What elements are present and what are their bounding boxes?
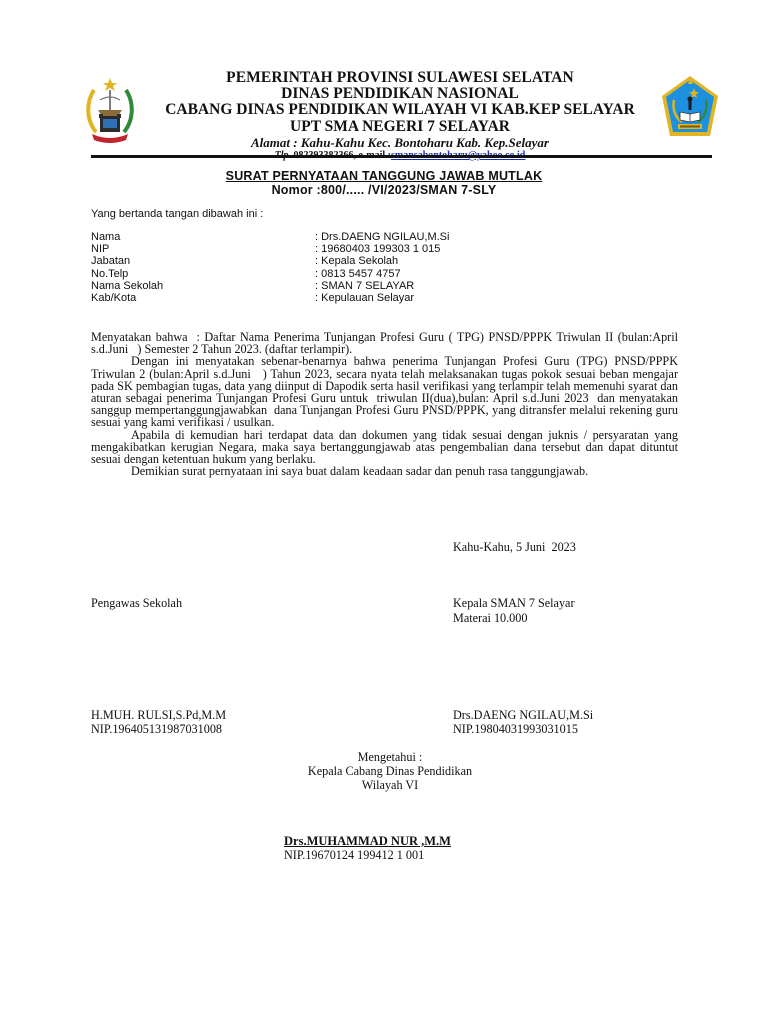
field-value: : Kepulauan Selayar [315,292,414,304]
field-row-school: Nama Sekolah : SMAN 7 SELAYAR [91,280,449,292]
acknowledgement-label: Mengetahui : [240,750,540,764]
field-value: : SMAN 7 SELAYAR [315,280,414,292]
statement-paragraph: Apabila di kemudian hari terdapat data d… [91,429,678,466]
document-number: Nomor :800/..... /VI/2023/SMAN 7-SLY [0,183,768,197]
letter-page: PEMERINTAH PROVINSI SULAWESI SELATAN DIN… [0,0,768,1024]
field-label: Jabatan [91,255,315,267]
duty-stamp-note: Materai 10.000 [453,611,527,625]
supervisor-nip: NIP.196405131987031008 [91,722,222,736]
branch-head-name: Drs.MUHAMMAD NUR ,M.M [284,834,451,848]
field-row-name: Nama : Drs.DAENG NGILAU,M.Si [91,231,449,243]
supervisor-name: H.MUH. RULSI,S.Pd,M.M [91,708,226,722]
place-and-date: Kahu-Kahu, 5 Juni 2023 [453,540,576,554]
branch-head-nip: NIP.19670124 199412 1 001 [284,848,424,862]
statement-paragraph: Menyatakan bahwa : Daftar Nama Penerima … [91,331,678,355]
principal-name: Drs.DAENG NGILAU,M.Si [453,708,593,722]
field-label: Kab/Kota [91,292,315,304]
field-value: : Kepala Sekolah [315,255,398,267]
supervisor-title: Pengawas Sekolah [91,596,182,610]
field-value: : 0813 5457 4757 [315,268,401,280]
principal-nip: NIP.19804031993031015 [453,722,578,736]
principal-title: Kepala SMAN 7 Selayar [453,596,575,610]
letterhead-department: DINAS PENDIDIKAN NASIONAL [140,86,660,102]
letterhead-school: UPT SMA NEGERI 7 SELAYAR [140,118,660,135]
field-row-position: Jabatan : Kepala Sekolah [91,255,449,267]
field-value: : 19680403 199303 1 015 [315,243,440,255]
letterhead-branch-office: CABANG DINAS PENDIDIKAN WILAYAH VI KAB.K… [140,102,660,118]
branch-head-region: Wilayah VI [240,778,540,792]
signatory-intro: Yang bertanda tangan dibawah ini : [91,208,263,221]
field-label: Nama Sekolah [91,280,315,292]
document-title-block: SURAT PERNYATAAN TANGGUNG JAWAB MUTLAK N… [0,169,768,197]
field-value: : Drs.DAENG NGILAU,M.Si [315,231,449,243]
letterhead-divider [91,155,712,158]
field-row-phone: No.Telp : 0813 5457 4757 [91,268,449,280]
letterhead-address: Alamat : Kahu-Kahu Kec. Bontoharu Kab. K… [140,135,660,150]
statement-body: Menyatakan bahwa : Daftar Nama Penerima … [91,331,678,477]
field-row-nip: NIP : 19680403 199303 1 015 [91,243,449,255]
signatory-fields: Nama : Drs.DAENG NGILAU,M.Si NIP : 19680… [91,231,449,304]
letterhead: PEMERINTAH PROVINSI SULAWESI SELATAN DIN… [140,70,660,162]
south-sulawesi-province-crest-icon [84,76,136,146]
closing-paragraph: Demikian surat pernyataan ini saya buat … [91,465,678,477]
letterhead-government: PEMERINTAH PROVINSI SULAWESI SELATAN [140,70,660,86]
selayar-regency-crest-icon [660,74,720,138]
statement-paragraph: Dengan ini menyatakan sebenar-benarnya b… [91,355,678,428]
field-row-regency: Kab/Kota : Kepulauan Selayar [91,292,449,304]
document-title: SURAT PERNYATAAN TANGGUNG JAWAB MUTLAK [0,169,768,183]
acknowledgement-block: Mengetahui : Kepala Cabang Dinas Pendidi… [240,750,540,792]
field-label: Nama [91,231,315,243]
branch-head-title: Kepala Cabang Dinas Pendidikan [240,764,540,778]
field-label: NIP [91,243,315,255]
field-label: No.Telp [91,268,315,280]
